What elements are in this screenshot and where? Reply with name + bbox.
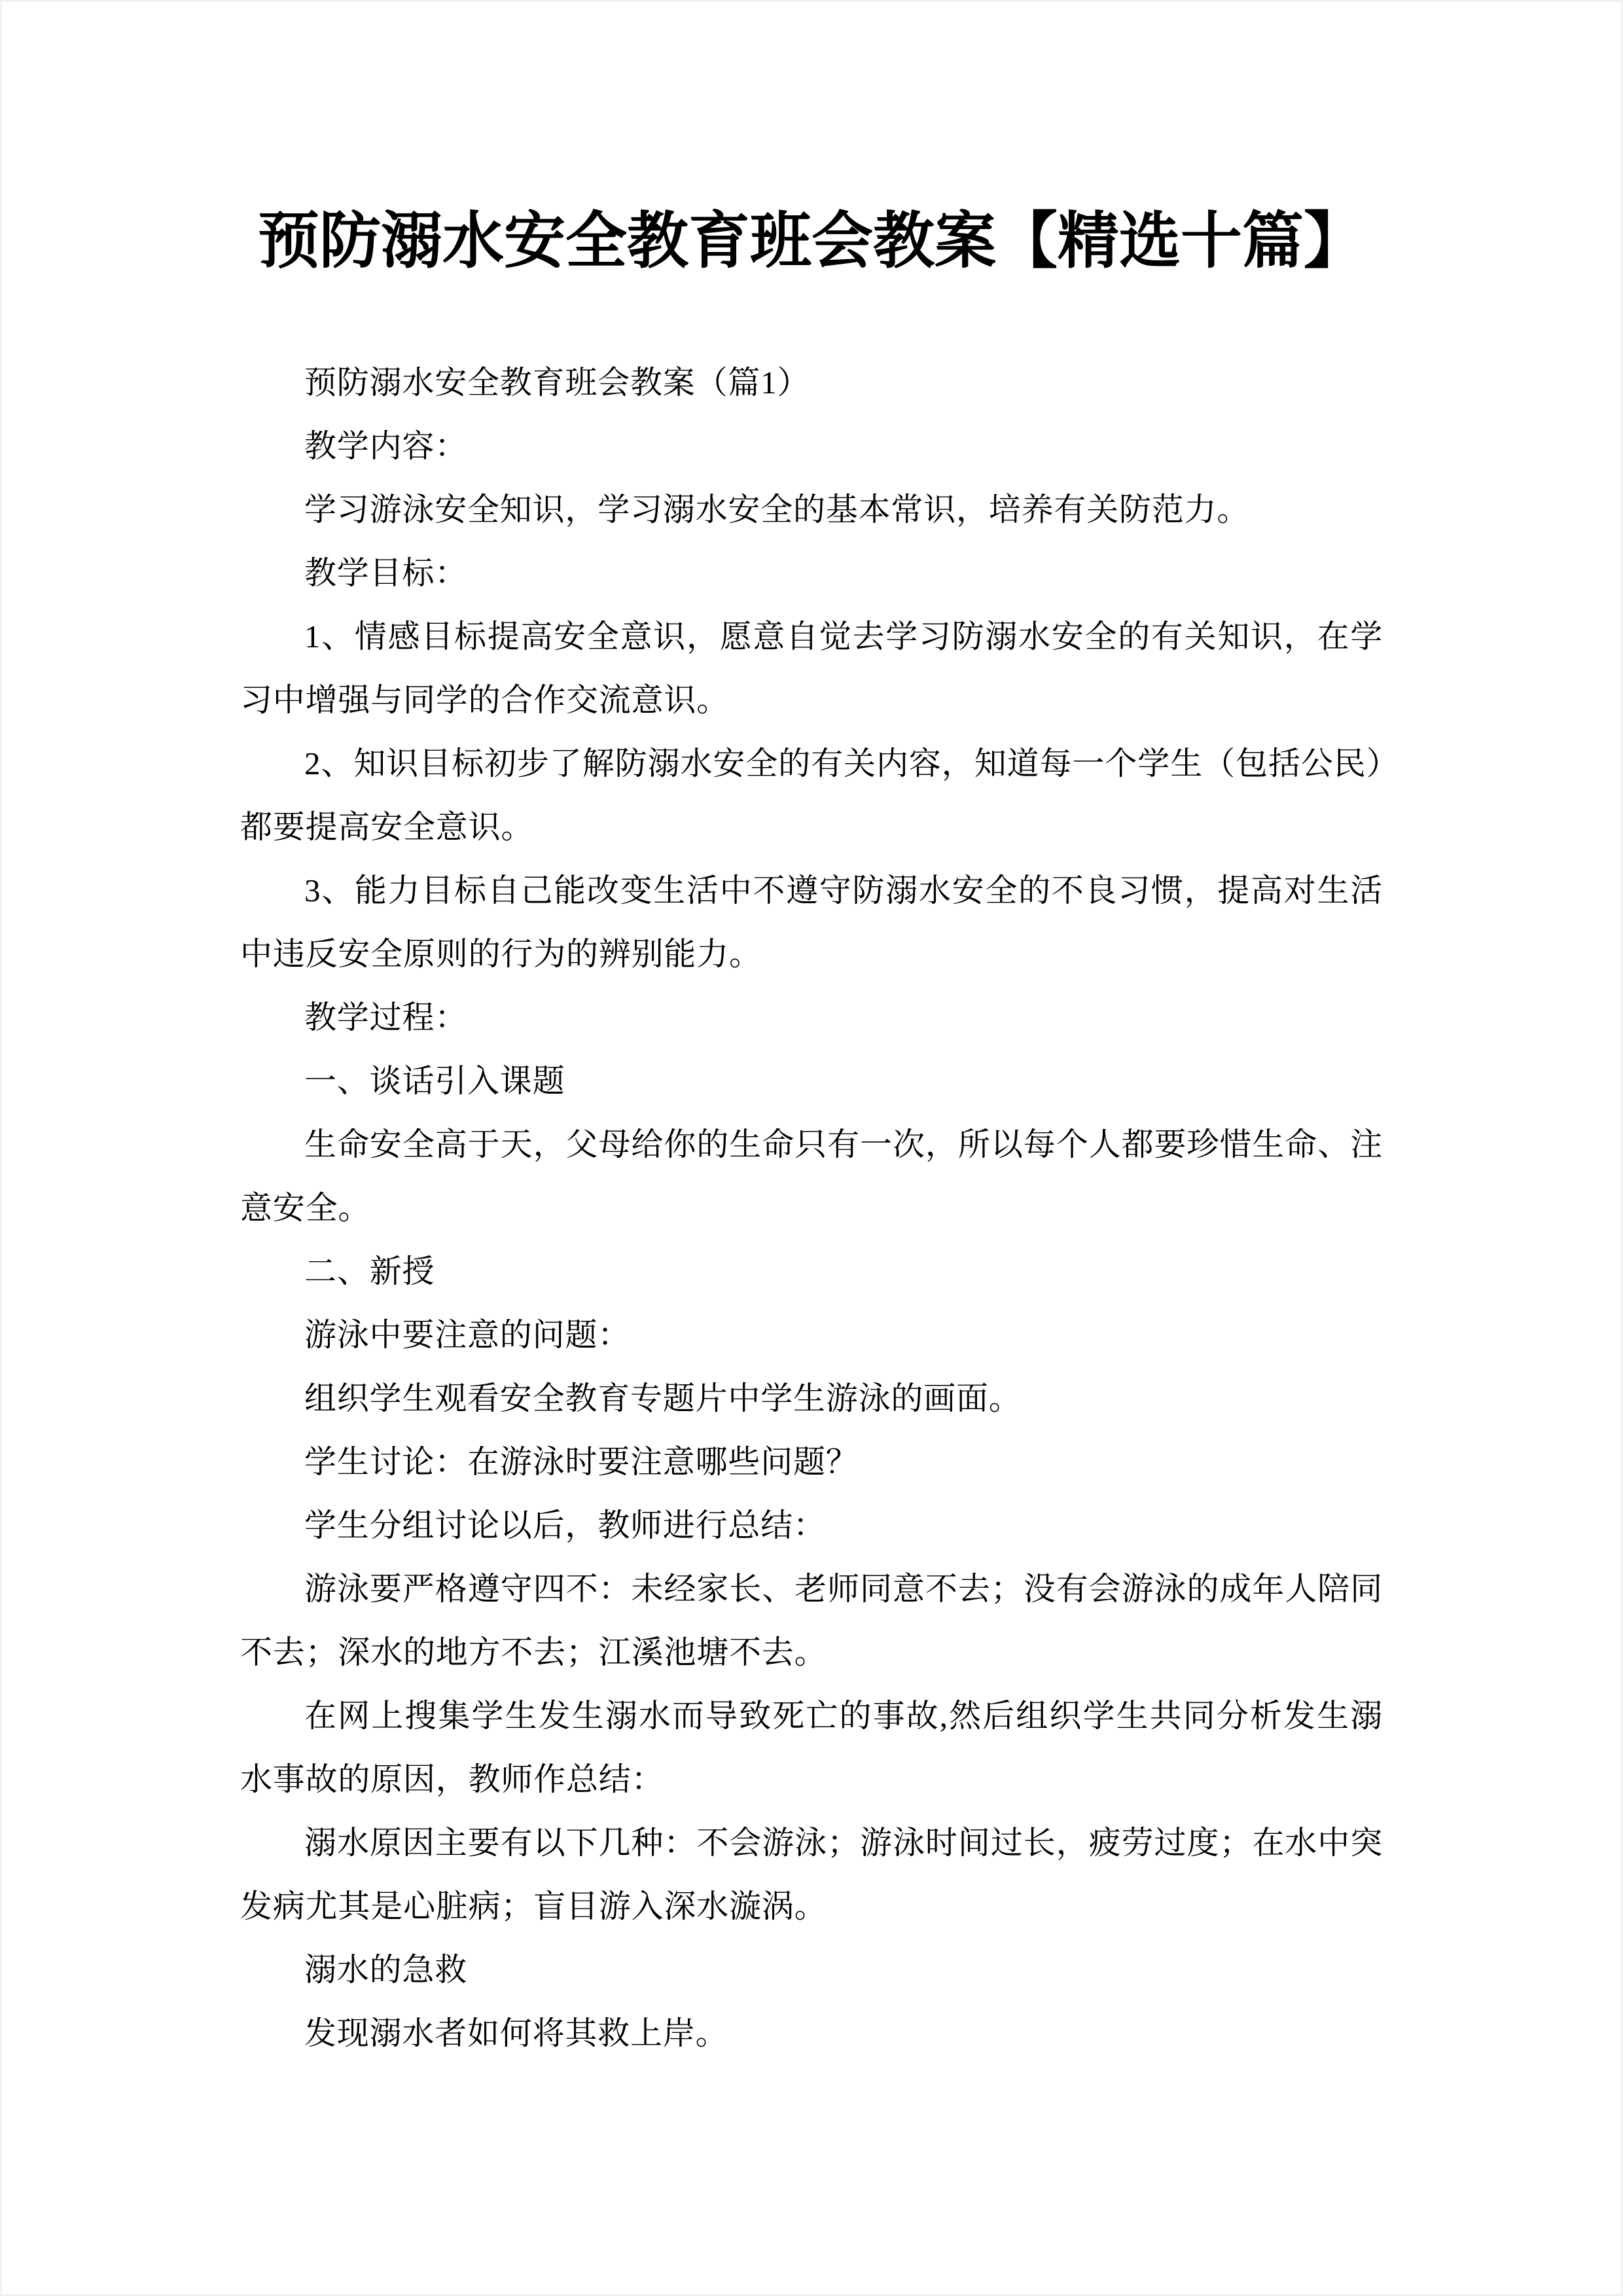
paragraph: 教学过程： xyxy=(240,986,1383,1049)
paragraph: 1、情感目标提高安全意识，愿意自觉去学习防溺水安全的有关知识，在学习中增强与同学… xyxy=(240,605,1383,732)
paragraph: 教学目标： xyxy=(240,541,1383,605)
paragraph: 发现溺水者如何将其救上岸。 xyxy=(240,2001,1383,2065)
paragraph: 教学内容： xyxy=(240,414,1383,478)
paragraph: 游泳中要注意的问题： xyxy=(240,1303,1383,1367)
document-page: 预防溺水安全教育班会教案【精选十篇】 预防溺水安全教育班会教案（篇1）教学内容：… xyxy=(0,0,1623,2296)
paragraph: 学习游泳安全知识，学习溺水安全的基本常识，培养有关防范力。 xyxy=(240,478,1383,541)
paragraph: 在网上搜集学生发生溺水而导致死亡的事故,然后组织学生共同分析发生溺水事故的原因，… xyxy=(240,1684,1383,1811)
paragraph: 预防溺水安全教育班会教案（篇1） xyxy=(240,351,1383,414)
paragraph: 2、知识目标初步了解防溺水安全的有关内容，知道每一个学生（包括公民）都要提高安全… xyxy=(240,732,1383,859)
paragraph: 3、能力目标自己能改变生活中不遵守防溺水安全的不良习惯，提高对生活中违反安全原则… xyxy=(240,859,1383,986)
document-body: 预防溺水安全教育班会教案（篇1）教学内容：学习游泳安全知识，学习溺水安全的基本常… xyxy=(240,351,1383,2065)
paragraph: 生命安全高于天，父母给你的生命只有一次，所以每个人都要珍惜生命、注意安全。 xyxy=(240,1113,1383,1240)
paragraph: 学生讨论：在游泳时要注意哪些问题？ xyxy=(240,1430,1383,1494)
paragraph: 溺水原因主要有以下几种：不会游泳；游泳时间过长，疲劳过度；在水中突发病尤其是心脏… xyxy=(240,1811,1383,1938)
paragraph: 溺水的急救 xyxy=(240,1938,1383,2001)
paragraph: 游泳要严格遵守四不：未经家长、老师同意不去；没有会游泳的成年人陪同不去；深水的地… xyxy=(240,1557,1383,1684)
paragraph: 二、新授 xyxy=(240,1240,1383,1303)
paragraph: 组织学生观看安全教育专题片中学生游泳的画面。 xyxy=(240,1367,1383,1430)
document-title: 预防溺水安全教育班会教案【精选十篇】 xyxy=(0,0,1623,281)
paragraph: 学生分组讨论以后，教师进行总结： xyxy=(240,1494,1383,1557)
paragraph: 一、谈话引入课题 xyxy=(240,1049,1383,1113)
